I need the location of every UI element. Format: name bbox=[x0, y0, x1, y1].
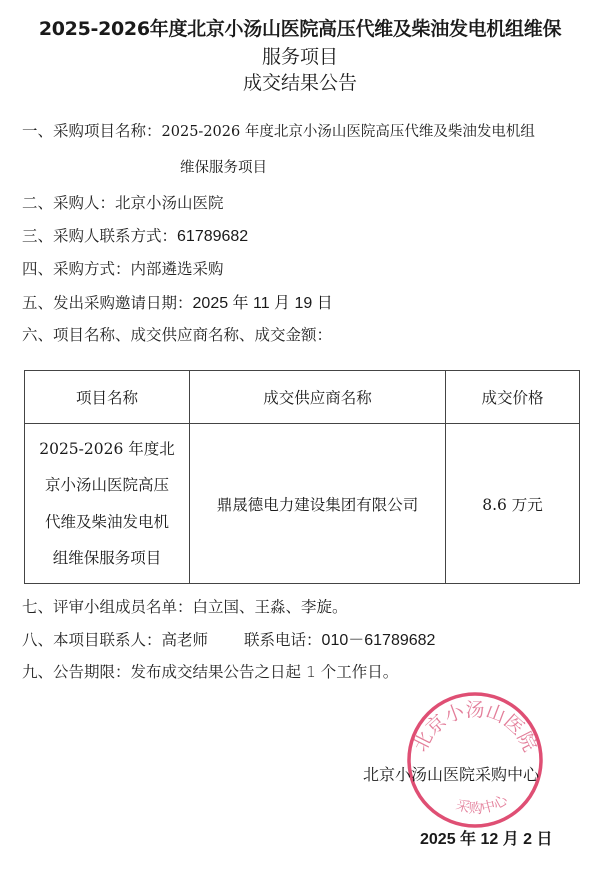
project-line: 组维保服务项目 bbox=[25, 540, 189, 577]
cell-project-name: 2025-2026 年度北 京小汤山医院高压 代维及柴油发电机 组维保服务项目 bbox=[25, 424, 190, 584]
item-project-name: 一、采购项目名称：2025-2026 年度北京小汤山医院高压代维及柴油发电机组 bbox=[22, 119, 535, 141]
project-line: 2025-2026 年度北 bbox=[25, 431, 189, 468]
item-label: 七、评审小组成员名单： bbox=[22, 598, 193, 616]
header-project-name: 项目名称 bbox=[25, 371, 190, 424]
svg-text:采购中心: 采购中心 bbox=[454, 792, 511, 817]
item-label: 六、项目名称、成交供应商名称、成交金额： bbox=[22, 326, 332, 344]
item-value: 北京小汤山医院 bbox=[115, 194, 224, 212]
item-label: 二、采购人： bbox=[22, 194, 115, 212]
table-header-row: 项目名称 成交供应商名称 成交价格 bbox=[25, 371, 580, 424]
item-purchaser-contact: 三、采购人联系方式：61789682 bbox=[22, 224, 248, 246]
signature-org: 北京小汤山医院采购中心 bbox=[363, 762, 539, 785]
project-line: 代维及柴油发电机 bbox=[25, 504, 189, 541]
table-row: 2025-2026 年度北 京小汤山医院高压 代维及柴油发电机 组维保服务项目 … bbox=[25, 424, 580, 584]
item-value: 2025 年 11 月 19 日 bbox=[193, 295, 333, 312]
award-table: 项目名称 成交供应商名称 成交价格 2025-2026 年度北 京小汤山医院高压… bbox=[24, 370, 580, 584]
item-label: 九、公告期限： bbox=[22, 663, 131, 681]
item-label: 四、采购方式： bbox=[22, 260, 131, 278]
project-line: 京小汤山医院高压 bbox=[25, 467, 189, 504]
official-seal-icon: 北京小汤山医院 采购中心 bbox=[405, 690, 545, 830]
item-value: 61789682 bbox=[177, 228, 248, 245]
item-label: 三、采购人联系方式： bbox=[22, 227, 177, 245]
item-label: 一、采购项目名称： bbox=[22, 122, 162, 140]
item-label: 联系电话： bbox=[244, 631, 322, 649]
title-line-1: 2025-2026年度北京小汤山医院高压代维及柴油发电机组维保 bbox=[0, 14, 600, 41]
svg-text:北京小汤山医院: 北京小汤山医院 bbox=[409, 699, 541, 755]
title-line-3: 成交结果公告 bbox=[0, 68, 600, 95]
item-contact: 八、本项目联系人：高老师联系电话：010－61789682 bbox=[22, 627, 435, 650]
item-award-summary: 六、项目名称、成交供应商名称、成交金额： bbox=[22, 323, 332, 345]
item-review-panel: 七、评审小组成员名单：白立国、王淼、李旋。 bbox=[22, 595, 348, 617]
signature-date: 2025 年 12 月 2 日 bbox=[420, 826, 553, 849]
header-supplier: 成交供应商名称 bbox=[190, 371, 446, 424]
header-price: 成交价格 bbox=[446, 371, 580, 424]
title-line-2: 服务项目 bbox=[0, 42, 600, 69]
item-label: 五、发出采购邀请日期： bbox=[22, 294, 193, 312]
item-label: 八、本项目联系人： bbox=[22, 631, 162, 649]
item-project-name-cont: 维保服务项目 bbox=[180, 156, 267, 177]
cell-supplier: 鼎晟德电力建设集团有限公司 bbox=[190, 424, 446, 584]
item-procurement-method: 四、采购方式：内部遴选采购 bbox=[22, 257, 224, 279]
seal-text-bottom: 采购中心 bbox=[454, 792, 511, 817]
cell-price: 8.6 万元 bbox=[446, 424, 580, 584]
item-purchaser: 二、采购人：北京小汤山医院 bbox=[22, 191, 224, 213]
item-value: 内部遴选采购 bbox=[131, 260, 224, 278]
seal-text-top: 北京小汤山医院 bbox=[409, 699, 541, 755]
item-value: 白立国、王淼、李旋。 bbox=[193, 598, 348, 616]
item-notice-period: 九、公告期限：发布成交结果公告之日起 1 个工作日。 bbox=[22, 660, 398, 682]
item-invitation-date: 五、发出采购邀请日期：2025 年 11 月 19 日 bbox=[22, 290, 333, 313]
item-value: 高老师 bbox=[162, 631, 209, 649]
item-value: 发布成交结果公告之日起 1 个工作日。 bbox=[131, 663, 399, 681]
item-value: 2025-2026 年度北京小汤山医院高压代维及柴油发电机组 bbox=[162, 124, 535, 140]
contact-phone: 010－61789682 bbox=[322, 632, 436, 649]
